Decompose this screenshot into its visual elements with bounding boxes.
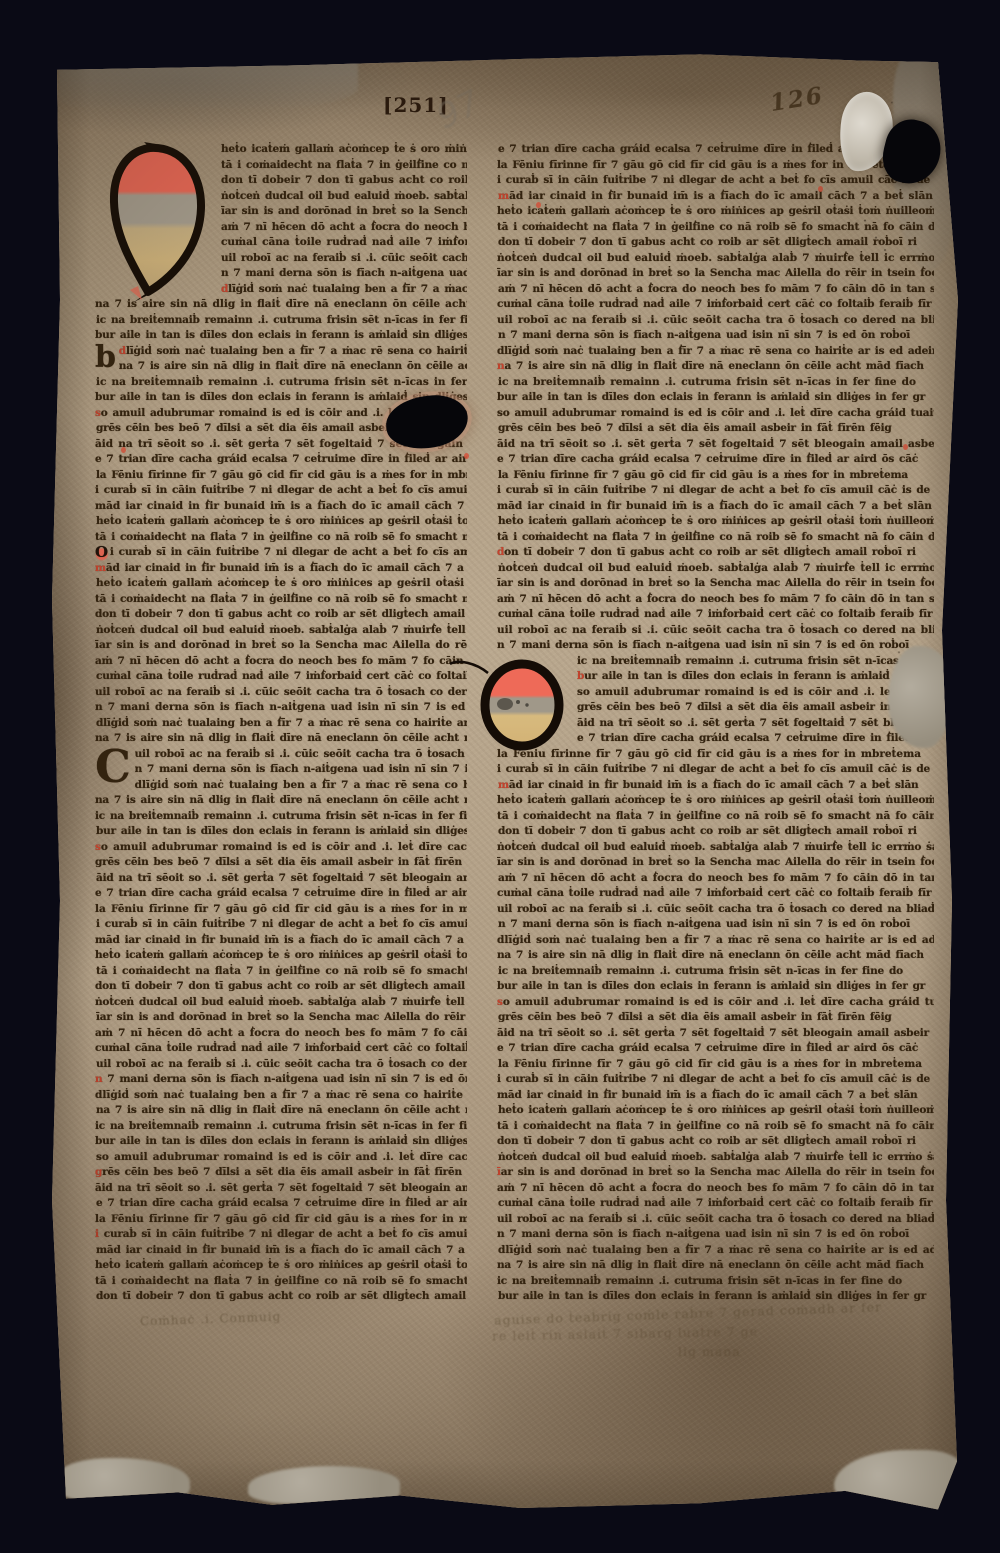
- text-line: don tī dobeir 7 don tī gabus acht co roi…: [497, 1134, 934, 1150]
- text-line: tā i coṁaidecht na flaṫa 7 in ġeilḟine c…: [497, 530, 934, 546]
- rubricated-letter: d: [497, 546, 504, 558]
- text-line: n 7 mani derna sōn is fīach n-aiṫgena ua…: [498, 328, 934, 344]
- text-line: na 7 is aire sin nā dlig in flaiṫ dīre n…: [95, 731, 467, 747]
- text-line: grēs cēin bes beō 7 dīlsi a sēt dia ēis …: [498, 421, 934, 437]
- text-line: uil roboī ac na feraiḃ si .i. cūic seōit…: [95, 685, 467, 701]
- text-line: bur aile in tan is dīles don eclais in f…: [497, 979, 934, 995]
- text-line: uil roboī ac na feraiḃ si .i. cūic seōit…: [135, 747, 467, 763]
- text-line: dlīġiḋ soṁ naċ tualaing ben a ḟīr 7 a ṁa…: [497, 344, 934, 360]
- rubricated-letter: m: [498, 190, 509, 202]
- text-line: dlīġiḋ soṁ naċ tualaing ben a ḟīr 7 a ṁa…: [135, 778, 467, 794]
- text-line: aṁ 7 nī hēcen dō acht a ḟocra do neoch b…: [497, 1181, 934, 1197]
- margin-note-left-vertical: 10 . b . 01: [44, 759, 62, 822]
- text-line: heṫo icaṫeṁ gallaṁ aċoṁcep ṫe ṡ oro ṁiṅi…: [497, 204, 934, 220]
- text-line: n 7 mani derna sōn is fīach n-aiṫgena ua…: [497, 1227, 934, 1243]
- pencil-folio-number: 97: [430, 83, 486, 138]
- text-line: tā i coṁaidecht na flaṫa 7 in ġeilḟine c…: [221, 158, 467, 174]
- drop-capital: O: [95, 545, 110, 561]
- text-line: dlīġiḋ soṁ naċ tualaing ben a ḟīr 7 a ṁa…: [119, 344, 467, 360]
- rubricated-letter: n: [95, 1073, 102, 1085]
- text-line: ic na breiṫemnaiḃ remainn .i. cutruma fr…: [95, 809, 467, 825]
- text-line: na 7 is aire sin nā dlig in flaiṫ dīre n…: [497, 1258, 934, 1274]
- text-line: aṁ 7 nī hēcen dō acht a ḟocra do neoch b…: [95, 654, 467, 670]
- text-line: heṫo icaṫeṁ gallaṁ aċoṁcep ṫe ṡ oro ṁiṅi…: [221, 142, 467, 158]
- text-line: heṫo icaṫeṁ gallaṁ aċoṁcep ṫe ṡ oro ṁiṅi…: [497, 793, 934, 809]
- text-line: āid na trī sēoit so .i. sēt gerṫa 7 sēt …: [497, 1026, 934, 1042]
- text-line: na 7 is aire sin nā dlig in flaiṫ dīre n…: [497, 948, 934, 964]
- text-line: uil roboī ac na feraiḃ si .i. cūic seōit…: [497, 902, 934, 918]
- repair-patch-bottom-left-1: [58, 1458, 190, 1502]
- text-line: cuṁal cāna ṫoile ruḋraḋ naḋ aile 7 iṁḟor…: [498, 1196, 934, 1212]
- rubricated-letter: i: [95, 1228, 99, 1240]
- text-line: i curaḃ sī in cāin fuiṫribe 7 ni dlegar …: [497, 1072, 934, 1088]
- paragraph: e 7 trian dīre cacha gráid ecalsa 7 ceṫr…: [497, 142, 934, 654]
- text-line: heṫo icaṫeṁ gallaṁ aċoṁcep ṫe ṡ oro ṁiṅi…: [96, 514, 467, 530]
- text-line: tā i coṁaidecht na flaṫa 7 in ġeilḟine c…: [95, 592, 467, 608]
- text-line: so amuil adubrumar romaind is ed is cōir…: [497, 406, 934, 422]
- text-line: so amuil adubrumar romaind is ed is cōir…: [577, 685, 934, 701]
- repair-patch-top-left: [58, 58, 358, 112]
- text-line: n 7 mani derna sōn is fīach n-aiṫgena ua…: [498, 917, 934, 933]
- rubricated-letter: m: [498, 779, 509, 791]
- text-line: e 7 trian dīre cacha gráid ecalsa 7 ceṫr…: [497, 1041, 934, 1057]
- text-line: mād iar cinaid in ḟir bunaid im̄ is a ḟī…: [95, 933, 467, 949]
- text-line: āid na trī sēoit so .i. sēt gerṫa 7 sēt …: [577, 716, 934, 732]
- text-line: dlīġiḋ soṁ naċ tualaing ben a ḟīr 7 a ṁa…: [497, 933, 934, 949]
- text-line: ṅoṫceṅ dudcal oil bud ealuiḋ ṁoeb. sabṫa…: [95, 995, 467, 1011]
- text-line: cuṁal cāna ṫoile ruḋraḋ naḋ aile 7 iṁḟor…: [95, 1041, 467, 1057]
- text-line: don tī dobeir 7 don tī gabus acht co roi…: [96, 1289, 467, 1305]
- text-line: ic na breiṫemnaiḃ remainn .i. cutruma fr…: [498, 964, 934, 980]
- text-line: ṅoṫceṅ dudcal oil bud ealuiḋ ṁoeb. sabṫa…: [498, 561, 934, 577]
- rubricated-letter: ī: [497, 1166, 501, 1178]
- repair-patch-right-middle: [888, 646, 952, 748]
- text-line: ic na breiṫemnaiḃ remainn .i. cutruma fr…: [96, 375, 467, 391]
- text-line: tā i coṁaidecht na flaṫa 7 in ġeilḟine c…: [497, 1119, 934, 1135]
- text-line: i curaḃ sī in cāin fuiṫribe 7 ni dlegar …: [497, 762, 934, 778]
- text-line: aṁ 7 nī hēcen dō acht a ḟocra do neoch b…: [95, 1026, 467, 1042]
- text-line: n 7 mani derna sōn is fīach n-aiṫgena ua…: [497, 638, 934, 654]
- text-line: dlīġiḋ soṁ naċ tualaing ben a ḟīr 7 a ṁa…: [96, 716, 467, 732]
- text-line: cuṁal cāna ṫoile ruḋraḋ naḋ aile 7 iṁḟor…: [498, 607, 934, 623]
- rubric-dot: [903, 444, 908, 450]
- text-line: aṁ 7 nī hēcen dō acht a ḟocra do neoch b…: [498, 871, 934, 887]
- text-line: bur aile in tan is dīles don eclais in f…: [577, 669, 934, 685]
- text-line: e 7 trian dīre cacha gráid ecalsa 7 ceṫr…: [96, 1196, 467, 1212]
- text-line: so amuil adubrumar romaind is ed is cōir…: [96, 1150, 467, 1166]
- text-line: la Fēniu fīrinne fīr 7 gāu gō cid fīr ci…: [498, 468, 934, 484]
- text-line: dlīġiḋ soṁ naċ tualaing ben a ḟīr 7 a ṁa…: [498, 1243, 934, 1259]
- text-line: īar sin is and dorōnad in breṫ so la Sen…: [96, 1010, 467, 1026]
- text-line: n 7 mani derna sōn is fīach n-aiṫgena ua…: [135, 762, 467, 778]
- text-line: cuṁal cāna ṫoile ruḋraḋ naḋ aile 7 iṁḟor…: [497, 297, 934, 313]
- text-line: ic na breiṫemnaiḃ remainn .i. cutruma fr…: [497, 1274, 934, 1290]
- text-line: īar sin is and dorōnad in breṫ so la Sen…: [497, 576, 934, 592]
- text-line: e 7 trian dīre cacha gráid ecalsa 7 ceṫr…: [95, 886, 467, 902]
- text-line: īar sin is and dorōnad in breṫ so la Sen…: [95, 638, 467, 654]
- text-line: īar sin is and dorōnad in breṫ so la Sen…: [497, 1165, 934, 1181]
- text-line: ṅoṫceṅ dudcal oil bud ealuiḋ ṁoeb. sabṫa…: [497, 251, 934, 267]
- text-line: grēs cēin bes beō 7 dīlsi a sēt dia ēis …: [95, 1165, 467, 1181]
- text-line: e 7 trian dīre cacha gráid ecalsa 7 ceṫr…: [497, 452, 934, 468]
- text-line: heṫo icaṫeṁ gallaṁ aċoṁcep ṫe ṡ oro ṁiṅi…: [498, 1103, 934, 1119]
- text-line: mād iar cinaid in ḟir bunaid im̄ is a ḟī…: [95, 499, 467, 515]
- text-line: i curaḃ sī in cāin fuiṫribe 7 ni dlegar …: [497, 483, 934, 499]
- text-column-left: heṫo icaṫeṁ gallaṁ aċoṁcep ṫe ṡ oro ṁiṅi…: [95, 142, 467, 1312]
- repair-patch-bottom-right: [834, 1450, 962, 1512]
- text-line: tā i coṁaidecht na flaṫa 7 in ġeilḟine c…: [497, 220, 934, 236]
- text-line: don tī dobeir 7 don tī gabus acht co roi…: [498, 235, 934, 251]
- text-line: dlīġiḋ soṁ naċ tualaing ben a ḟīr 7 a ṁa…: [95, 1088, 467, 1104]
- ornate-initial-D: [86, 140, 218, 302]
- text-line: āid na trī sēoit so .i. sēt gerṫa 7 sēt …: [96, 871, 467, 887]
- rubricated-letter: s: [497, 996, 503, 1008]
- text-line: mād iar cinaid in ḟir bunaid im̄ is a ḟī…: [497, 1088, 934, 1104]
- text-line: heṫo icaṫeṁ gallaṁ aċoṁcep ṫe ṡ oro ṁiṅi…: [95, 1258, 467, 1274]
- text-line: ic na breiṫemnaiḃ remainn .i. cutruma fr…: [577, 654, 934, 670]
- ornate-initial-O: [472, 653, 568, 753]
- text-line: mād iar cinaid in ḟir bunaid im̄ is a ḟī…: [95, 561, 467, 577]
- text-line: dlīġiḋ soṁ naċ tualaing ben a ḟīr 7 a ṁa…: [221, 282, 467, 298]
- margin-note-bottom-right-3: lig mana: [678, 1344, 741, 1359]
- text-line: n 7 mani derna sōn is fīach n-aiṫgena ua…: [95, 700, 467, 716]
- text-line: cuṁal cāna ṫoile ruḋraḋ naḋ aile 7 iṁḟor…: [497, 886, 934, 902]
- text-line: na 7 is aire sin nā dlig in flaiṫ dīre n…: [497, 359, 934, 375]
- text-line: heṫo icaṫeṁ gallaṁ aċoṁcep ṫe ṡ oro ṁiṅi…: [96, 576, 467, 592]
- text-line: la Fēniu fīrinne fīr 7 gāu gō cid fīr ci…: [95, 1212, 467, 1228]
- rubricated-letter: d: [221, 283, 228, 295]
- text-line: so amuil adubrumar romaind is ed is cōir…: [497, 995, 934, 1011]
- text-line: i curaḃ sī in cāin fuiṫribe 7 ni dlegar …: [497, 173, 934, 189]
- text-line: mād iar cinaid in ḟir bunaid im̄ is a ḟī…: [497, 499, 934, 515]
- text-line: n 7 mani derna sōn is fīach n-aiṫgena ua…: [221, 266, 467, 282]
- text-line: tā i coṁaidecht na flaṫa 7 in ġeilḟine c…: [96, 964, 467, 980]
- text-line: īar sin is and dorōnad in breṫ so la Sen…: [497, 266, 934, 282]
- text-line: ic na breiṫemnaiḃ remainn .i. cutruma fr…: [95, 1119, 467, 1135]
- text-line: don tī dobeir 7 don tī gabus acht co roi…: [497, 545, 934, 561]
- rubricated-letter: b: [577, 670, 584, 682]
- repair-patch-bottom-left-2: [248, 1466, 400, 1504]
- text-line: i curaḃ sī in cāin fuiṫribe 7 ni dlegar …: [95, 483, 467, 499]
- rubricated-letter: s: [95, 407, 101, 419]
- text-line: i curaḃ sī in cāin fuiṫribe 7 ni dlegar …: [96, 917, 467, 933]
- text-line: ṅoṫceṅ dudcal oil bud ealuiḋ ṁoeb. sabṫa…: [221, 189, 467, 205]
- photograph-background: [251] 97 126: [0, 0, 1000, 1553]
- text-line: bur aile in tan is dīles don eclais in f…: [497, 390, 934, 406]
- text-line: don tī dobeir 7 don tī gabus acht co roi…: [95, 607, 467, 623]
- text-line: ṅoṫceṅ dudcal oil bud ealuiḋ ṁoeb. sabṫa…: [96, 623, 467, 639]
- text-line: aṁ 7 nī hēcen dō acht a ḟocra do neoch b…: [221, 220, 467, 236]
- text-line: tā i coṁaidecht na flaṫa 7 in ġeilḟine c…: [95, 530, 467, 546]
- text-line: uil roboī ac na feraiḃ si .i. cūic seōit…: [497, 623, 934, 639]
- text-line: heṫo icaṫeṁ gallaṁ aċoṁcep ṫe ṡ oro ṁiṅi…: [498, 514, 934, 530]
- text-line: na 7 is aire sin nā dlig in flaiṫ dīre n…: [96, 1103, 467, 1119]
- margin-note-bottom-right-2: re leiṫ rin aslaiṫ 7 sibarg luaṫre 7 ge: [492, 1324, 758, 1344]
- text-line: cuṁal cāna ṫoile ruḋraḋ naḋ aile 7 iṁḟor…: [96, 669, 467, 685]
- text-line: bur aile in tan is dīles don eclais in f…: [95, 1134, 467, 1150]
- text-line: n 7 mani derna sōn is fīach n-aiṫgena ua…: [95, 1072, 467, 1088]
- rubricated-letter: g: [95, 1166, 102, 1178]
- rubricated-letter: m: [95, 562, 106, 574]
- text-line: grēs cēin bes beō 7 dīlsi a sēt dia ēis …: [498, 1010, 934, 1026]
- text-line: cuṁal cāna ṫoile ruḋraḋ naḋ aile 7 iṁḟor…: [221, 235, 467, 251]
- drop-capital: C: [95, 747, 135, 793]
- rubric-dot: [464, 453, 469, 459]
- text-line: e 7 trian dīre cacha gráid ecalsa 7 ceṫr…: [95, 452, 467, 468]
- text-line: āid na trī sēoit so .i. sēt gerṫa 7 sēt …: [95, 1181, 467, 1197]
- text-line: grēs cēin bes beō 7 dīlsi a sēt dia ēis …: [577, 700, 934, 716]
- text-line: aṁ 7 nī hēcen dō acht a ḟocra do neoch b…: [497, 592, 934, 608]
- text-line: la Fēniu fīrinne fīr 7 gāu gō cid fīr ci…: [95, 902, 467, 918]
- text-line: ṅoṫceṅ dudcal oil bud ealuiḋ ṁoeb. sabṫa…: [498, 1150, 934, 1166]
- text-line: mād iar cinaid in ḟir bunaid im̄ is a ḟī…: [498, 189, 934, 205]
- ink-folio-number: 126: [768, 82, 826, 117]
- text-line: uil roboī ac na feraiḃ si .i. cūic seōit…: [497, 313, 934, 329]
- rubricated-letter: d: [119, 345, 126, 357]
- paragraph: Oi curaḃ sī in cāin fuiṫribe 7 ni dlegar…: [95, 545, 467, 747]
- rubricated-letter: n: [497, 360, 504, 372]
- text-line: uil roboī ac na feraiḃ si .i. cūic seōit…: [221, 251, 467, 267]
- text-line: la Fēniu fīrinne fīr 7 gāu gō cid fīr ci…: [498, 1057, 934, 1073]
- text-line: don tī dobeir 7 don tī gabus acht co roi…: [221, 173, 467, 189]
- text-line: bur aile in tan is dīles don eclais in f…: [95, 328, 467, 344]
- text-line: ic na breiṫemnaiḃ remainn .i. cutruma fr…: [96, 313, 467, 329]
- text-line: i curaḃ sī in cāin fuiṫribe 7 ni dlegar …: [110, 545, 467, 561]
- text-line: uil roboī ac na feraiḃ si .i. cūic seōit…: [497, 1212, 934, 1228]
- text-line: don tī dobeir 7 don tī gabus acht co roi…: [95, 979, 467, 995]
- rubric-dot: [818, 186, 823, 192]
- text-line: heṫo icaṫeṁ gallaṁ aċoṁcep ṫe ṡ oro ṁiṅi…: [95, 948, 467, 964]
- text-line: mād iar cinaid in ḟir bunaid im̄ is a ḟī…: [96, 1243, 467, 1259]
- text-line: e 7 trian dīre cacha gráid ecalsa 7 ceṫr…: [577, 731, 934, 747]
- text-line: ic na breiṫemnaiḃ remainn .i. cutruma fr…: [498, 375, 934, 391]
- text-line: bur aile in tan is dīles don eclais in f…: [96, 824, 467, 840]
- text-line: mād iar cinaid in ḟir bunaid im̄ is a ḟī…: [498, 778, 934, 794]
- text-line: na 7 is aire sin nā dlig in flaiṫ dīre n…: [95, 793, 467, 809]
- text-line: la Fēniu fīrinne fīr 7 gāu gō cid fīr ci…: [96, 468, 467, 484]
- text-line: na 7 is aire sin nā dlig in flaiṫ dīre n…: [119, 359, 467, 375]
- text-line: so amuil adubrumar romaind is ed is cōir…: [95, 840, 467, 856]
- rubric-dot: [536, 202, 541, 208]
- text-line: tā i coṁaidecht na flaṫa 7 in ġeilḟine c…: [95, 1274, 467, 1290]
- text-line: īar sin is and dorōnad in breṫ so la Sen…: [497, 855, 934, 871]
- text-line: tā i coṁaidecht na flaṫa 7 in ġeilḟine c…: [497, 809, 934, 825]
- text-line: grēs cēin bes beō 7 dīlsi a sēt dia ēis …: [95, 855, 467, 871]
- text-line: don tī dobeir 7 don tī gabus acht co roi…: [498, 824, 934, 840]
- text-line: āid na trī sēoit so .i. sēt gerṫa 7 sēt …: [497, 437, 934, 453]
- drop-capital: b: [95, 344, 119, 375]
- margin-note-bottom-left: Coṁhaċ .i. Conṁuig: [140, 1310, 282, 1329]
- paragraph: Cuil roboī ac na feraiḃ si .i. cūic seōi…: [95, 747, 467, 1305]
- text-line: uil roboī ac na feraiḃ si .i. cūic seōit…: [96, 1057, 467, 1073]
- rubric-dot: [121, 447, 126, 453]
- manuscript-page: [251] 97 126: [0, 0, 1000, 1553]
- text-line: ṅoṫceṅ dudcal oil bud ealuiḋ ṁoeb. sabṫa…: [497, 840, 934, 856]
- text-line: i curaḃ sī in cāin fuiṫribe 7 ni dlegar …: [95, 1227, 467, 1243]
- text-line: īar sin is and dorōnad in breṫ so la Sen…: [221, 204, 467, 220]
- text-line: aṁ 7 nī hēcen dō acht a ḟocra do neoch b…: [498, 282, 934, 298]
- rubricated-letter: s: [95, 841, 101, 853]
